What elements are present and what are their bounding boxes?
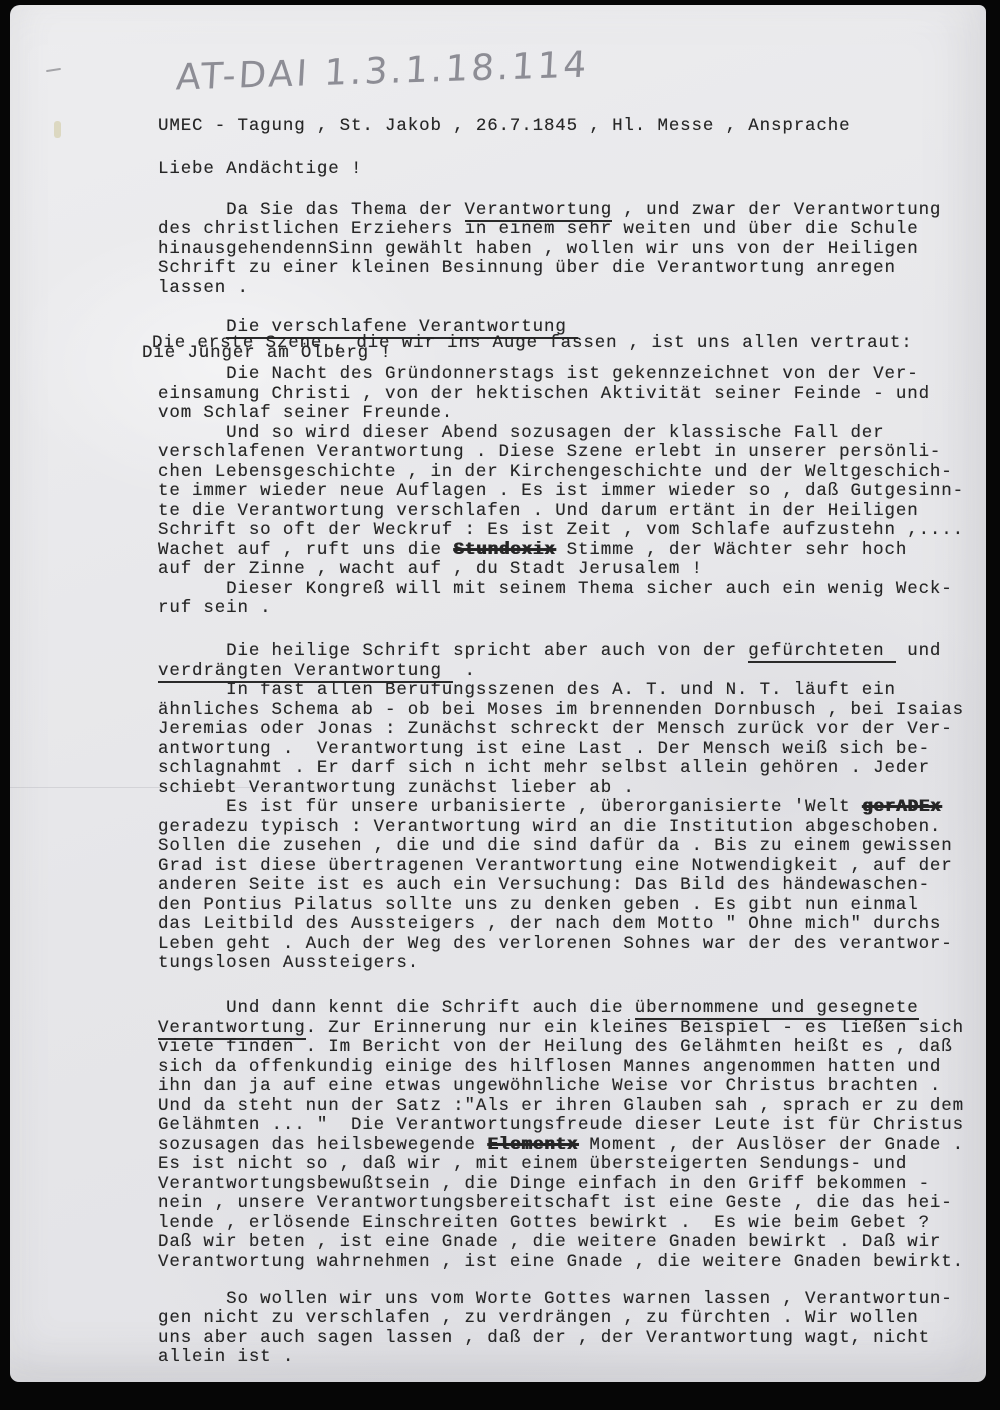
text-segment: antwortung . Verantwortung ist eine Last… bbox=[158, 739, 930, 759]
text-line: schlagnahmt . Er darf sich n icht mehr s… bbox=[158, 759, 990, 779]
struck-out-segment: Stundexix bbox=[453, 540, 555, 560]
text-line: Schrift so oft der Weckruf : Es ist Zeit… bbox=[158, 521, 990, 541]
text-line: Dieser Kongreß will mit seinem Thema sic… bbox=[158, 580, 990, 600]
text-line: einsamung Christi , von der hektischen A… bbox=[158, 385, 990, 405]
text-line: Und so wird dieser Abend sozusagen der k… bbox=[158, 424, 990, 444]
overtyped-lines: Die erste Szene , die wir ins Auge fasse… bbox=[158, 337, 990, 365]
text-segment: einsamung Christi , von der hektischen A… bbox=[158, 384, 930, 404]
text-line: chen Lebensgeschichte , in der Kirchenge… bbox=[158, 463, 990, 483]
text-segment: lassen . bbox=[158, 278, 249, 298]
paragraph-gap bbox=[158, 137, 990, 160]
text-segment: Dieser Kongreß will mit seinem Thema sic… bbox=[158, 579, 953, 599]
text-line: Verantwortungsbewußtsein , die Dinge ein… bbox=[158, 1175, 990, 1195]
text-segment: auf der Zinne , wacht auf , du Stadt Jer… bbox=[158, 559, 703, 579]
text-segment: Und dann kennt die Schrift auch die bbox=[158, 998, 635, 1018]
text-line: sich da offenkundig einige des hilflosen… bbox=[158, 1058, 990, 1078]
text-line: den Pontius Pilatus sollte uns zu denken… bbox=[158, 896, 990, 916]
text-line: Sollen die zusehen , die und die sind da… bbox=[158, 837, 990, 857]
text-line: antwortung . Verantwortung ist eine Last… bbox=[158, 740, 990, 760]
text-segment: Liebe Andächtige ! bbox=[158, 159, 362, 179]
text-segment: viele finden . Im Bericht von der Heilun… bbox=[158, 1037, 953, 1057]
text-line: anderen Seite ist es auch ein Versuchung… bbox=[158, 876, 990, 896]
text-segment: Jeremias oder Jonas : Zunächst schreckt … bbox=[158, 719, 953, 739]
text-segment: des christlichen Erziehers in einem sehr… bbox=[158, 219, 919, 239]
text-line: auf der Zinne , wacht auf , du Stadt Jer… bbox=[158, 560, 990, 580]
text-segment: Verantwortungsbewußtsein , die Dinge ein… bbox=[158, 1174, 930, 1194]
text-segment: Gelähmten ... " Die Verantwortungsfreude… bbox=[158, 1115, 964, 1135]
text-segment: Schrift so oft der Weckruf : Es ist Zeit… bbox=[158, 520, 964, 540]
text-line: Es ist nicht so , daß wir , mit einem üb… bbox=[158, 1155, 990, 1175]
text-line: Grad ist diese übertragenen Verantwortun… bbox=[158, 857, 990, 877]
text-line: lassen . bbox=[158, 279, 990, 299]
text-segment: tungslosen Aussteigers. bbox=[158, 953, 419, 973]
text-segment: Es ist nicht so , daß wir , mit einem üb… bbox=[158, 1154, 907, 1174]
text-line: vom Schlaf seiner Freunde. bbox=[158, 404, 990, 424]
text-segment: hinausgehendennSinn gewählt haben , woll… bbox=[158, 239, 919, 259]
paragraph-gap bbox=[158, 974, 990, 999]
text-segment: Leben geht . Auch der Weg des verlorenen… bbox=[158, 934, 953, 954]
text-line: Verantwortung. Zur Erinnerung nur ein kl… bbox=[158, 1019, 990, 1039]
text-line: Und da steht nun der Satz :"Als er ihren… bbox=[158, 1097, 990, 1117]
text-line: ähnliches Schema ab - ob bei Moses im br… bbox=[158, 701, 990, 721]
text-segment: So wollen wir uns vom Worte Gottes warne… bbox=[158, 1289, 953, 1309]
text-line: Daß wir beten , ist eine Gnade , die wei… bbox=[158, 1233, 990, 1253]
text-line: Die heilige Schrift spricht aber auch vo… bbox=[158, 642, 990, 662]
text-segment: chen Lebensgeschichte , in der Kirchenge… bbox=[158, 462, 953, 482]
text-line: uns aber auch sagen lassen , daß der , d… bbox=[158, 1329, 990, 1349]
text-segment: ihn dan ja auf eine etwas ungewöhnliche … bbox=[158, 1076, 941, 1096]
text-line: tungslosen Aussteigers. bbox=[158, 954, 990, 974]
text-segment: Verantwortung wahrnehmen , ist eine Gnad… bbox=[158, 1252, 964, 1272]
paragraph-gap bbox=[158, 1272, 990, 1290]
text-segment: geradezu typisch : Verantwortung wird an… bbox=[158, 817, 941, 837]
text-segment: schlagnahmt . Er darf sich n icht mehr s… bbox=[158, 758, 930, 778]
text-line: nein , unsere Verantwortungsbereitschaft… bbox=[158, 1194, 990, 1214]
text-segment: Es ist für unsere urbanisierte , überorg… bbox=[158, 797, 862, 817]
text-segment: In fast allen Berufungsszenen des A. T. … bbox=[158, 680, 896, 700]
text-segment: ähnliches Schema ab - ob bei Moses im br… bbox=[158, 700, 964, 720]
text-segment: Daß wir beten , ist eine Gnade , die wei… bbox=[158, 1232, 941, 1252]
text-segment: ruf sein . bbox=[158, 598, 272, 618]
text-line: Es ist für unsere urbanisierte , überorg… bbox=[158, 798, 990, 818]
text-line: schiebt Verantwortung zunächst lieber ab… bbox=[158, 779, 990, 799]
text-line: So wollen wir uns vom Worte Gottes warne… bbox=[158, 1290, 990, 1310]
text-segment: das Leitbild des Aussteigers , der nach … bbox=[158, 914, 941, 934]
text-line: Die Jünger am Ölberg ! bbox=[142, 344, 392, 364]
text-segment: Die Nacht des Gründonnerstags ist gekenn… bbox=[158, 364, 919, 384]
text-segment: Und da steht nun der Satz :"Als er ihren… bbox=[158, 1096, 964, 1116]
text-segment: . bbox=[453, 661, 476, 681]
text-segment: Stimme , der Wächter sehr hoch bbox=[555, 540, 907, 560]
text-segment: Wachet auf , ruft uns die bbox=[158, 540, 453, 560]
text-line: UMEC - Tagung , St. Jakob , 26.7.1845 , … bbox=[158, 117, 990, 137]
text-segment: vom Schlaf seiner Freunde. bbox=[158, 403, 453, 423]
text-segment: uns aber auch sagen lassen , daß der , d… bbox=[158, 1328, 930, 1348]
text-segment: te die Verantwortung verschlafen . Und d… bbox=[158, 501, 919, 521]
paragraph-gap bbox=[158, 619, 990, 642]
text-line: ruf sein . bbox=[158, 599, 990, 619]
text-line: lende , erlösende Einschreiten Gottes be… bbox=[158, 1214, 990, 1234]
text-line: Wachet auf , ruft uns die Stundexix Stim… bbox=[158, 541, 990, 561]
text-line: verschlafenen Verantwortung . Diese Szen… bbox=[158, 443, 990, 463]
underlined-segment: gefürchteten bbox=[748, 641, 896, 663]
text-segment: UMEC - Tagung , St. Jakob , 26.7.1845 , … bbox=[158, 116, 850, 136]
text-line: Gelähmten ... " Die Verantwortungsfreude… bbox=[158, 1116, 990, 1136]
text-line: ihn dan ja auf eine etwas ungewöhnliche … bbox=[158, 1077, 990, 1097]
text-segment: schiebt Verantwortung zunächst lieber ab… bbox=[158, 778, 635, 798]
text-line: Die Nacht des Gründonnerstags ist gekenn… bbox=[158, 365, 990, 385]
text-segment: allein ist . bbox=[158, 1347, 294, 1367]
text-segment: lende , erlösende Einschreiten Gottes be… bbox=[158, 1213, 930, 1233]
text-segment: den Pontius Pilatus sollte uns zu denken… bbox=[158, 895, 919, 915]
text-segment: gen nicht zu verschlafen , zu verdrängen… bbox=[158, 1308, 919, 1328]
text-line: te die Verantwortung verschlafen . Und d… bbox=[158, 502, 990, 522]
scanned-page-background: { "colors":{"frame":"#060606","paper":"#… bbox=[0, 0, 1000, 1410]
typewritten-text: UMEC - Tagung , St. Jakob , 26.7.1845 , … bbox=[158, 117, 990, 1368]
struck-out-segment: Elementx bbox=[487, 1135, 578, 1155]
text-segment: Da Sie das Thema der bbox=[158, 200, 465, 220]
text-line: In fast allen Berufungsszenen des A. T. … bbox=[158, 681, 990, 701]
text-line: des christlichen Erziehers in einem sehr… bbox=[158, 220, 990, 240]
text-line: te immer wieder neue Auflagen . Es ist i… bbox=[158, 482, 990, 502]
text-line: hinausgehendennSinn gewählt haben , woll… bbox=[158, 240, 990, 260]
paper-stain bbox=[54, 121, 61, 138]
text-segment: Die heilige Schrift spricht aber auch vo… bbox=[158, 641, 748, 661]
text-line: Liebe Andächtige ! bbox=[158, 160, 990, 180]
text-line: sozusagen das heilsbewegende Elementx Mo… bbox=[158, 1136, 990, 1156]
text-line: Verantwortung wahrnehmen , ist eine Gnad… bbox=[158, 1253, 990, 1273]
text-segment: . Zur Erinnerung nur ein kleines Beispie… bbox=[306, 1018, 964, 1038]
text-segment: und bbox=[896, 641, 941, 661]
text-line: gen nicht zu verschlafen , zu verdrängen… bbox=[158, 1309, 990, 1329]
text-segment: te immer wieder neue Auflagen . Es ist i… bbox=[158, 481, 964, 501]
text-segment: Moment , der Auslöser der Gnade . bbox=[578, 1135, 964, 1155]
document-page: AT-DAI 1.3.1.18.114 UMEC - Tagung , St. … bbox=[10, 5, 986, 1382]
archival-reference-annotation: AT-DAI 1.3.1.18.114 bbox=[175, 44, 590, 98]
struck-out-segment: gerADEx bbox=[862, 797, 941, 817]
text-line: allein ist . bbox=[158, 1348, 990, 1368]
text-segment: Schrift zu einer kleinen Besinnung über … bbox=[158, 258, 896, 278]
text-segment: , und zwar der Verantwortung bbox=[612, 200, 941, 220]
text-segment: sozusagen das heilsbewegende bbox=[158, 1135, 487, 1155]
text-segment: Und so wird dieser Abend sozusagen der k… bbox=[158, 423, 885, 443]
text-segment: anderen Seite ist es auch ein Versuchung… bbox=[158, 875, 930, 895]
text-line: viele finden . Im Bericht von der Heilun… bbox=[158, 1038, 990, 1058]
text-line: Jeremias oder Jonas : Zunächst schreckt … bbox=[158, 720, 990, 740]
text-line: Und dann kennt die Schrift auch die über… bbox=[158, 999, 990, 1019]
text-line: das Leitbild des Aussteigers , der nach … bbox=[158, 915, 990, 935]
text-line: verdrängten Verantwortung . bbox=[158, 662, 990, 682]
text-line: Leben geht . Auch der Weg des verlorenen… bbox=[158, 935, 990, 955]
paragraph-gap bbox=[158, 179, 990, 200]
text-segment: sich da offenkundig einige des hilflosen… bbox=[158, 1057, 941, 1077]
text-segment: Grad ist diese übertragenen Verantwortun… bbox=[158, 856, 953, 876]
text-line: Da Sie das Thema der Verantwortung , und… bbox=[158, 201, 990, 221]
text-segment: Sollen die zusehen , die und die sind da… bbox=[158, 836, 953, 856]
text-segment: nein , unsere Verantwortungsbereitschaft… bbox=[158, 1193, 953, 1213]
paragraph-gap bbox=[158, 298, 990, 318]
pencil-mark bbox=[46, 68, 61, 72]
text-line: geradezu typisch : Verantwortung wird an… bbox=[158, 818, 990, 838]
text-segment: verschlafenen Verantwortung . Diese Szen… bbox=[158, 442, 941, 462]
text-line: Schrift zu einer kleinen Besinnung über … bbox=[158, 259, 990, 279]
